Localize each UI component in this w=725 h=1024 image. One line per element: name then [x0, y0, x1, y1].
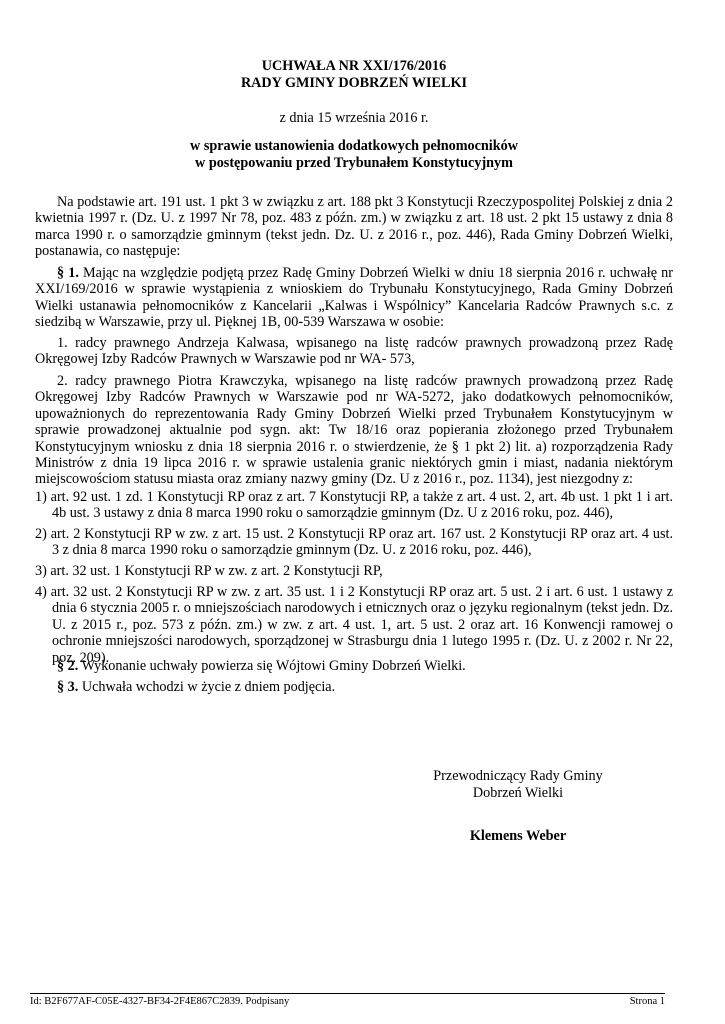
attorney-2: 2. radcy prawnego Piotra Krawczyka, wpis… — [35, 373, 673, 488]
section-3: § 3. Uchwała wchodzi w życie z dniem pod… — [35, 679, 673, 695]
document-id: Id: B2F677AF-C05E-4327-BF34-2F4E867C2839… — [30, 995, 289, 1008]
footer-divider — [30, 993, 665, 994]
resolution-title: UCHWAŁA NR XXI/176/2016 RADY GMINY DOBRZ… — [35, 58, 673, 91]
section-2-text: Wykonanie uchwały powierza się Wójtowi G… — [78, 658, 465, 674]
section-3-label: § 3. — [57, 679, 78, 695]
section-3-text: Uchwała wchodzi w życie z dniem podjęcia… — [78, 679, 335, 695]
resolution-date: z dnia 15 września 2016 r. — [35, 110, 673, 127]
title-line-2: RADY GMINY DOBRZEŃ WIELKI — [35, 75, 673, 92]
signature-block: Przewodniczący Rady Gminy Dobrzeń Wielki… — [418, 768, 618, 845]
subject-line-2: w postępowaniu przed Trybunałem Konstytu… — [35, 155, 673, 172]
section-1: § 1. Mając na względzie podjętą przez Ra… — [35, 265, 673, 331]
section-1-label: § 1. — [57, 265, 79, 281]
violation-item-3: 3) art. 32 ust. 1 Konstytucji RP w zw. z… — [35, 563, 673, 579]
page-number: Strona 1 — [600, 995, 665, 1008]
violation-item-4: 4) art. 32 ust. 2 Konstytucji RP w zw. z… — [35, 584, 673, 666]
signature-role-line-2: Dobrzeń Wielki — [418, 785, 618, 802]
signature-role-line-1: Przewodniczący Rady Gminy — [418, 768, 618, 785]
attorney-1: 1. radcy prawnego Andrzeja Kalwasa, wpis… — [35, 335, 673, 368]
violation-item-2: 2) art. 2 Konstytucji RP w zw. z art. 15… — [35, 526, 673, 559]
violation-item-1: 1) art. 92 ust. 1 zd. 1 Konstytucji RP o… — [35, 489, 673, 522]
section-2: § 2. Wykonanie uchwały powierza się Wójt… — [35, 658, 673, 674]
title-line-1: UCHWAŁA NR XXI/176/2016 — [35, 58, 673, 75]
section-2-label: § 2. — [57, 658, 78, 674]
resolution-subject: w sprawie ustanowienia dodatkowych pełno… — [35, 138, 673, 171]
subject-line-1: w sprawie ustanowienia dodatkowych pełno… — [35, 138, 673, 155]
preamble: Na podstawie art. 191 ust. 1 pkt 3 w zwi… — [35, 194, 673, 260]
section-1-text: Mając na względzie podjętą przez Radę Gm… — [35, 265, 673, 330]
signatory-name: Klemens Weber — [418, 828, 618, 845]
